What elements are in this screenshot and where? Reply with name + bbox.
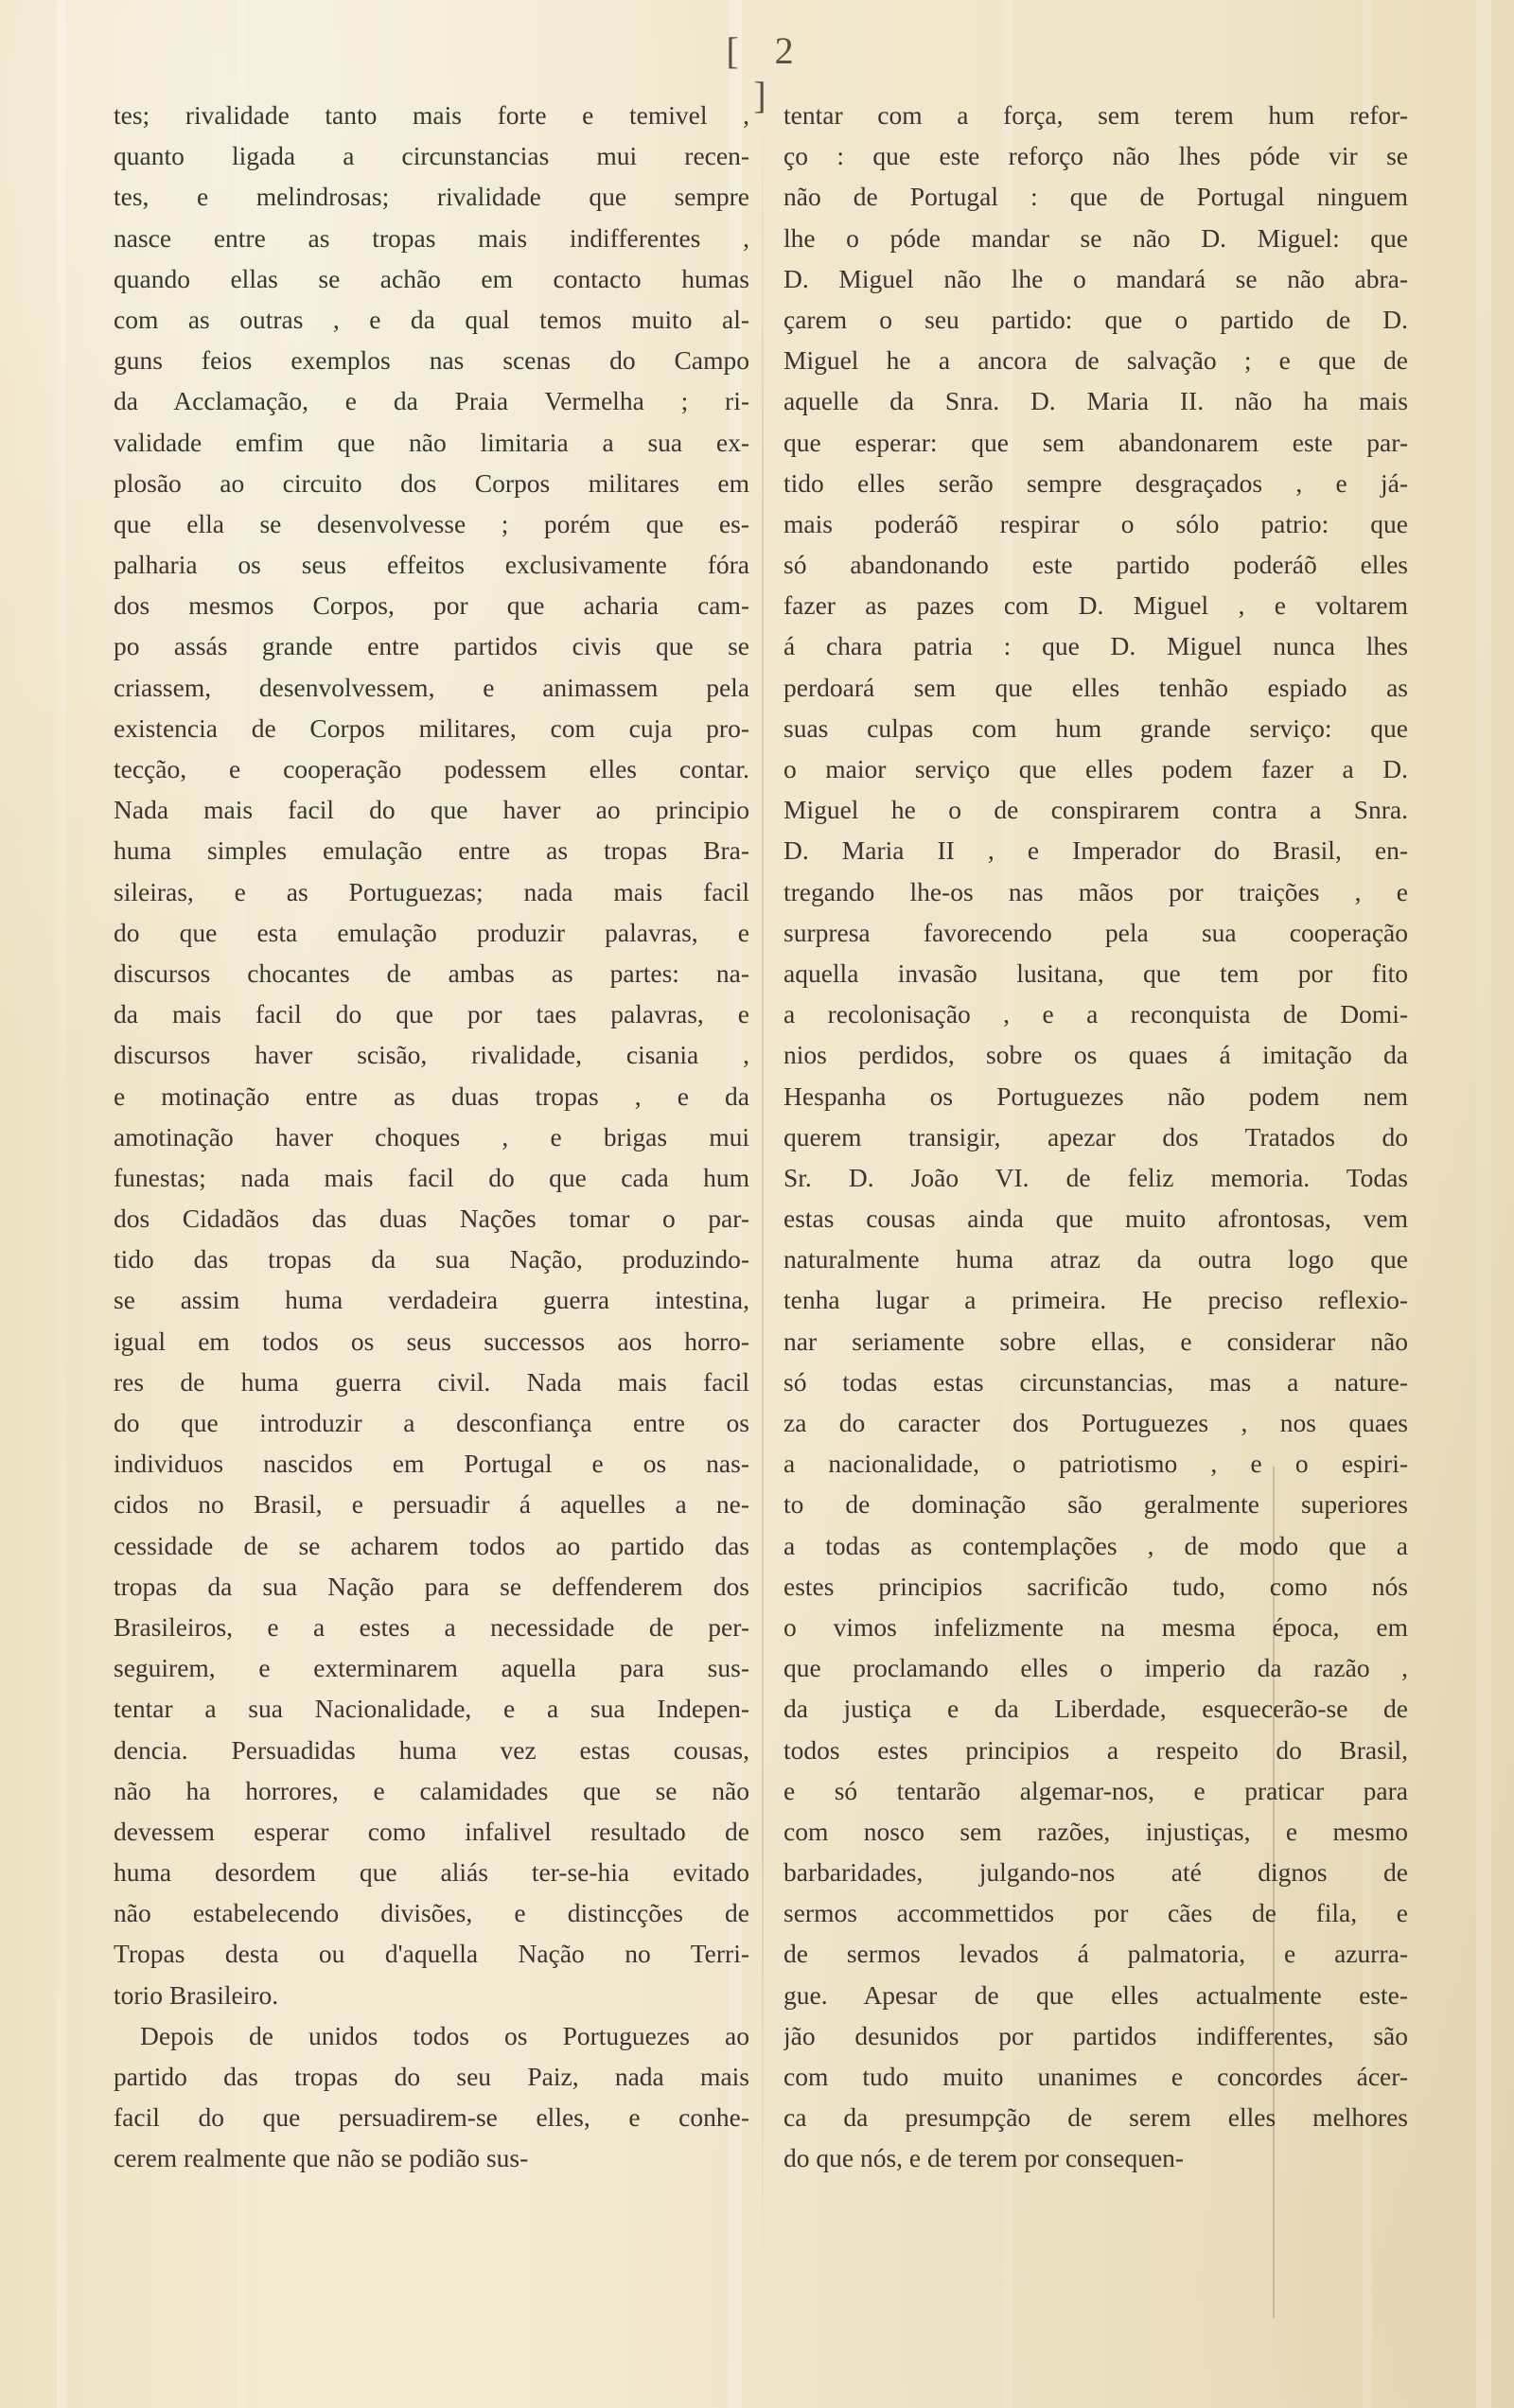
text-line: Sr. D. João VI. de feliz memoria. Todas	[783, 1157, 1408, 1198]
text-line: nar seriamente sobre ellas, e considerar…	[783, 1321, 1408, 1362]
text-line: e só tentarão algemar-nos, e praticar pa…	[783, 1770, 1408, 1811]
text-line: querem transigir, apezar dos Tratados do	[783, 1116, 1408, 1157]
text-line: criassem, desenvolvessem, e animassem pe…	[114, 667, 749, 708]
text-line: discursos haver scisão, rivalidade, cisa…	[114, 1034, 749, 1075]
text-line: lhe o póde mandar se não D. Miguel: que	[783, 218, 1408, 258]
text-line: çarem o seu partido: que o partido de D.	[783, 299, 1408, 340]
text-line: do que esta emulação produzir palavras, …	[114, 912, 749, 953]
text-line: a recolonisação , e a reconquista de Dom…	[783, 993, 1408, 1034]
text-line: nasce entre as tropas mais indifferentes…	[114, 218, 749, 258]
text-line: tecção, e cooperação podessem elles cont…	[114, 748, 749, 789]
text-line: Nada mais facil do que haver ao principi…	[114, 789, 749, 830]
text-line: o vimos infelizmente na mesma época, em	[783, 1607, 1408, 1647]
text-line: partido das tropas do seu Paiz, nada mai…	[114, 2056, 749, 2097]
text-line: res de huma guerra civil. Nada mais faci…	[114, 1362, 749, 1402]
text-line: Brasileiros, e a estes a necessidade de …	[114, 1607, 749, 1647]
text-line: a nacionalidade, o patriotismo , e o esp…	[783, 1443, 1408, 1484]
text-line: cidos no Brasil, e persuadir á aquelles …	[114, 1484, 749, 1524]
text-line: cerem realmente que não se podião sus-	[114, 2137, 749, 2178]
text-line: cessidade de se acharem todos ao partido…	[114, 1525, 749, 1566]
text-line: só todas estas circunstancias, mas a nat…	[783, 1362, 1408, 1402]
text-line: facil do que persuadirem-se elles, e con…	[114, 2097, 749, 2137]
text-line: gue. Apesar de que elles actualmente est…	[783, 1975, 1408, 2015]
text-line: e motinação entre as duas tropas , e da	[114, 1076, 749, 1116]
text-line: palharia os seus effeitos exclusivamente…	[114, 544, 749, 585]
text-line: devessem esperar como infalivel resultad…	[114, 1811, 749, 1852]
text-line: tido das tropas da sua Nação, produzindo…	[114, 1239, 749, 1279]
text-line: sermos accommettidos por cães de fila, e	[783, 1892, 1408, 1933]
text-line: mais poderáõ respirar o sólo patrio: que	[783, 503, 1408, 544]
text-line: Miguel he o de conspirarem contra a Snra…	[783, 789, 1408, 830]
text-line: a todas as contemplações , de modo que a	[783, 1525, 1408, 1566]
text-line: aquella invasão lusitana, que tem por fi…	[783, 953, 1408, 993]
text-line: á chara patria : que D. Miguel nunca lhe…	[783, 625, 1408, 666]
text-line: que ella se desenvolvesse ; porém que es…	[114, 503, 749, 544]
text-line: estes principios sacrificão tudo, como n…	[783, 1566, 1408, 1607]
text-line: se assim huma verdadeira guerra intestin…	[114, 1279, 749, 1320]
text-line: naturalmente huma atraz da outra logo qu…	[783, 1239, 1408, 1279]
water-stain	[1476, 0, 1491, 2408]
text-line: da Acclamação, e da Praia Vermelha ; ri-	[114, 380, 749, 421]
text-line: fazer as pazes com D. Miguel , e voltare…	[783, 585, 1408, 625]
text-line: D. Maria II , e Imperador do Brasil, en-	[783, 830, 1408, 870]
text-line: igual em todos os seus successos aos hor…	[114, 1321, 749, 1362]
text-line: individuos nascidos em Portugal e os nas…	[114, 1443, 749, 1484]
right-text-column: tentar com a força, sem terem hum refor-…	[783, 95, 1408, 2179]
text-line: po assás grande entre partidos civis que…	[114, 625, 749, 666]
text-line: quando ellas se achão em contacto humas	[114, 258, 749, 299]
text-line: tes; rivalidade tanto mais forte e temiv…	[114, 95, 749, 135]
text-line: tenha lugar a primeira. He preciso refle…	[783, 1279, 1408, 1320]
text-line: não estabelecendo divisões, e distincçõe…	[114, 1892, 749, 1933]
text-line: tentar a sua Nacionalidade, e a sua Inde…	[114, 1688, 749, 1729]
text-line: tregando lhe-os nas mãos por traições , …	[783, 871, 1408, 912]
text-line: Depois de unidos todos os Portuguezes ao	[114, 2015, 749, 2056]
text-line: que proclamando elles o imperio da razão…	[783, 1647, 1408, 1688]
water-stain	[57, 0, 66, 2408]
column-divider	[762, 85, 764, 2290]
text-line: D. Miguel não lhe o mandará se não abra-	[783, 258, 1408, 299]
text-line: huma desordem que aliás ter-se-hia evita…	[114, 1852, 749, 1892]
text-line: do que nós, e de terem por consequen-	[783, 2137, 1408, 2178]
text-line: do que introduzir a desconfiança entre o…	[114, 1402, 749, 1443]
text-line: torio Brasileiro.	[114, 1975, 749, 2015]
text-line: plosão ao circuito dos Corpos militares …	[114, 463, 749, 503]
text-line: com as outras , e da qual temos muito al…	[114, 299, 749, 340]
text-line: Miguel he a ancora de salvação ; e que d…	[783, 340, 1408, 380]
text-line: Tropas desta ou d'aquella Nação no Terri…	[114, 1933, 749, 1974]
text-line: surpresa favorecendo pela sua cooperação	[783, 912, 1408, 953]
text-line: huma simples emulação entre as tropas Br…	[114, 830, 749, 870]
text-line: tido elles serão sempre desgraçados , e …	[783, 463, 1408, 503]
text-line: to de dominação são geralmente superiore…	[783, 1484, 1408, 1524]
text-line: da mais facil do que por taes palavras, …	[114, 993, 749, 1034]
text-line: seguirem, e exterminarem aquella para su…	[114, 1647, 749, 1688]
text-line: sileiras, e as Portuguezas; nada mais fa…	[114, 871, 749, 912]
text-line: perdoará sem que elles tenhão espiado as	[783, 667, 1408, 708]
text-line: só abandonando este partido poderáõ elle…	[783, 544, 1408, 585]
text-line: amotinação haver choques , e brigas mui	[114, 1116, 749, 1157]
text-line: todos estes principios a respeito do Bra…	[783, 1730, 1408, 1770]
text-line: discursos chocantes de ambas as partes: …	[114, 953, 749, 993]
text-line: de sermos levados á palmatoria, e azurra…	[783, 1933, 1408, 1974]
text-line: nios perdidos, sobre os quaes á imitação…	[783, 1034, 1408, 1075]
text-line: quanto ligada a circunstancias mui recen…	[114, 135, 749, 176]
text-line: validade emfim que não limitaria a sua e…	[114, 422, 749, 463]
text-line: existencia de Corpos militares, com cuja…	[114, 708, 749, 748]
text-line: ço : que este reforço não lhes póde vir …	[783, 135, 1408, 176]
text-line: dencia. Persuadidas huma vez estas cousa…	[114, 1730, 749, 1770]
text-line: guns feios exemplos nas scenas do Campo	[114, 340, 749, 380]
text-line: com tudo muito unanimes e concordes ácer…	[783, 2056, 1408, 2097]
text-line: não ha horrores, e calamidades que se nã…	[114, 1770, 749, 1811]
text-line: barbaridades, julgando-nos até dignos de	[783, 1852, 1408, 1892]
text-line: tropas da sua Nação para se deffenderem …	[114, 1566, 749, 1607]
text-line: funestas; nada mais facil do que cada hu…	[114, 1157, 749, 1198]
text-line: tentar com a força, sem terem hum refor-	[783, 95, 1408, 135]
left-text-column: tes; rivalidade tanto mais forte e temiv…	[114, 95, 749, 2179]
text-line: aquelle da Snra. D. Maria II. não ha mai…	[783, 380, 1408, 421]
text-line: tes, e melindrosas; rivalidade que sempr…	[114, 176, 749, 217]
text-line: o maior serviço que elles podem fazer a …	[783, 748, 1408, 789]
text-line: jão desunidos por partidos indifferentes…	[783, 2015, 1408, 2056]
text-line: estas cousas ainda que muito afrontosas,…	[783, 1198, 1408, 1239]
text-line: ca da presumpção de serem elles melhores	[783, 2097, 1408, 2137]
text-line: dos mesmos Corpos, por que acharia cam-	[114, 585, 749, 625]
text-line: com nosco sem razões, injustiças, e mesm…	[783, 1811, 1408, 1852]
text-line: dos Cidadãos das duas Nações tomar o par…	[114, 1198, 749, 1239]
text-line: suas culpas com hum grande serviço: que	[783, 708, 1408, 748]
text-line: não de Portugal : que de Portugal ningue…	[783, 176, 1408, 217]
text-line: za do caracter dos Portuguezes , nos qua…	[783, 1402, 1408, 1443]
text-line: da justiça e da Liberdade, esquecerão-se…	[783, 1688, 1408, 1729]
text-line: que esperar: que sem abandonarem este pa…	[783, 422, 1408, 463]
text-line: Hespanha os Portuguezes não podem nem	[783, 1076, 1408, 1116]
